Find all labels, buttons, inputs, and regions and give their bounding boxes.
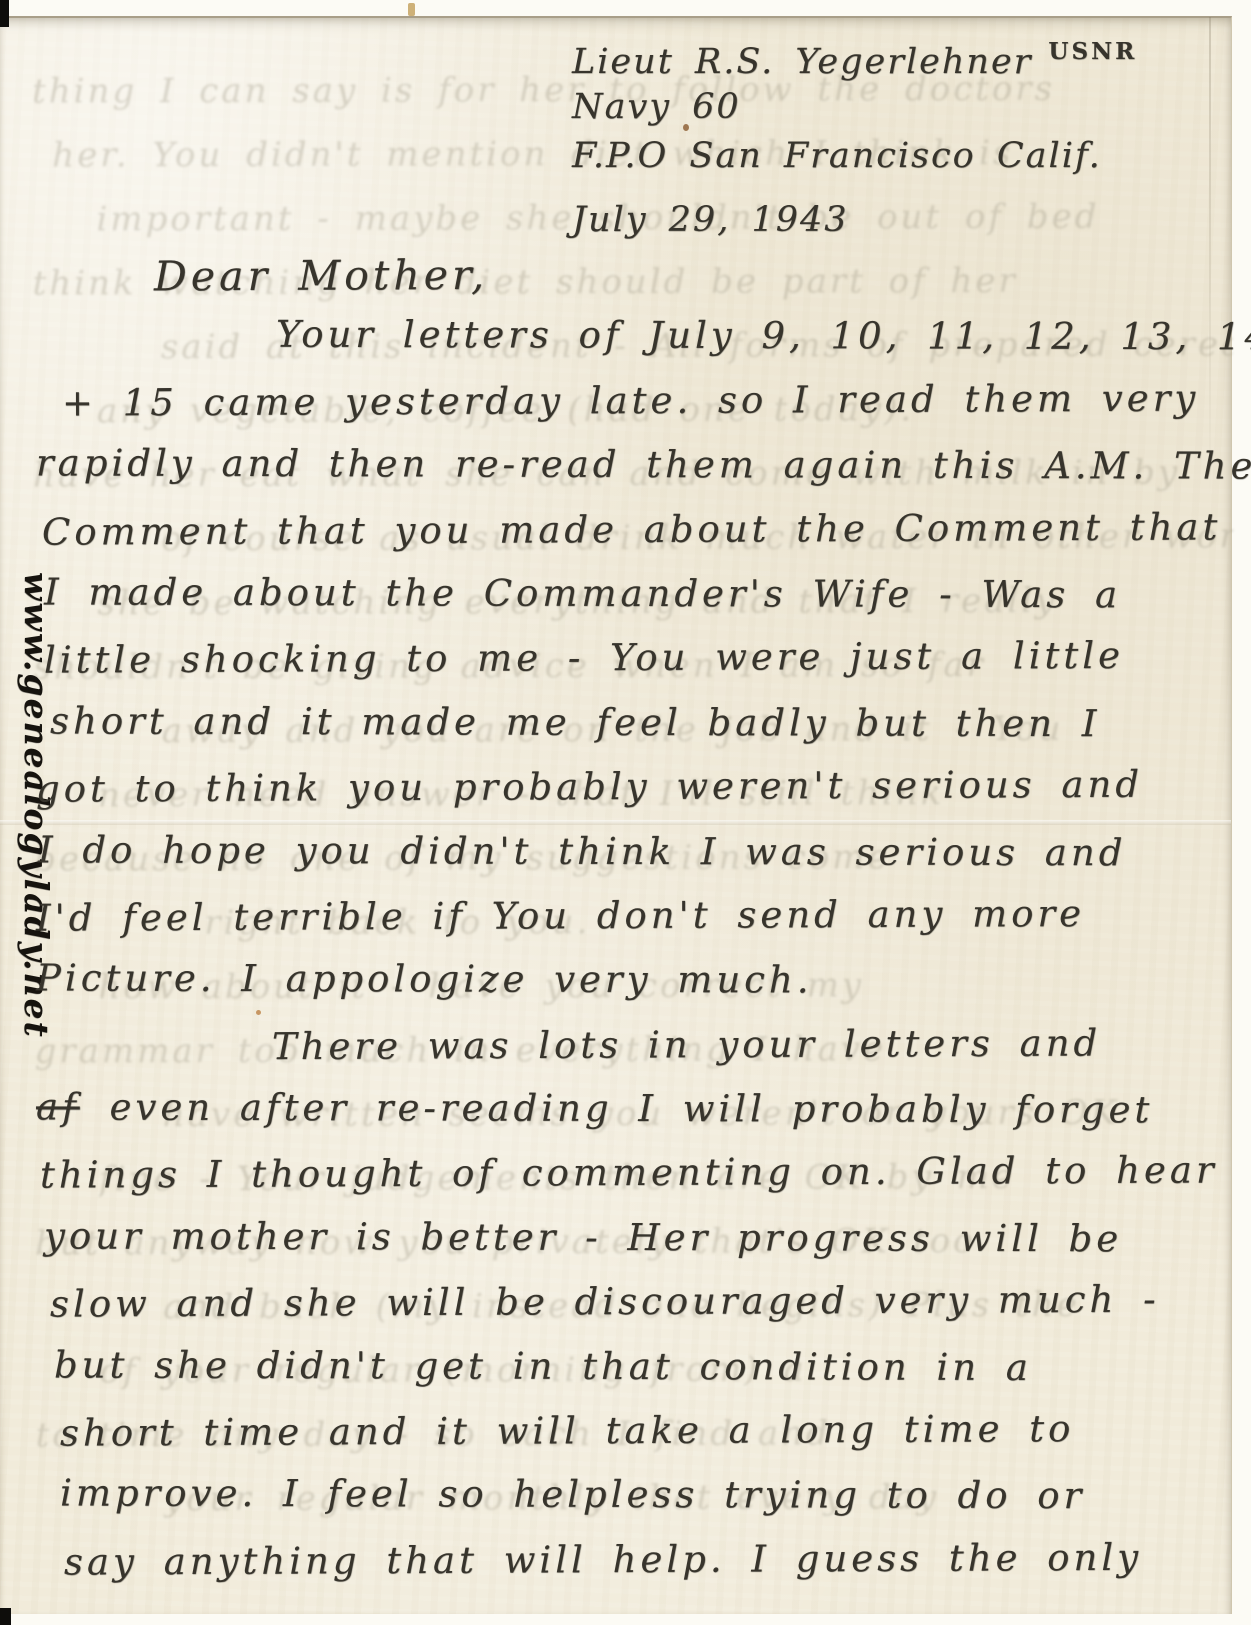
letter-line: got to think you probably weren't seriou… (36, 763, 1236, 833)
writer-rank-suffix: USNR (1048, 38, 1137, 65)
scanned-letter-page: thing I can say is for her to follow the… (0, 0, 1251, 1625)
letter-line: af even after re-reading I will probably… (36, 1086, 1236, 1154)
letter-line: slow and she will be discouraged very mu… (50, 1278, 1236, 1348)
letter-line: Your letters of July 9, 10, 11, 12, 13, … (276, 313, 1236, 380)
letter-header: Lieut R.S. YegerlehnerUSNR Navy 60 F.P.O… (572, 38, 1137, 249)
letter-line: but she didn't get in that condition in … (54, 1343, 1236, 1410)
letter-line: Comment that you made about the Comment … (42, 505, 1236, 575)
letter-line: improve. I feel so helpless trying to do… (60, 1472, 1236, 1539)
letter-line: + 15 came yesterday late. so I read them… (62, 376, 1236, 446)
letter-line: short and it made me feel badly but then… (50, 699, 1236, 766)
letter-line: your mother is better - Her progress wil… (44, 1214, 1236, 1282)
letter-line: little shocking to me - You were just a … (44, 634, 1236, 704)
letter-line: say anything that will help. I guess the… (64, 1535, 1236, 1605)
letter-line: I'd feel terrible if You don't send any … (36, 891, 1236, 961)
scanner-artifact-top-left (0, 0, 9, 27)
letter-line: rapidly and then re-read them again this… (36, 442, 1236, 510)
salutation: Dear Mother, (154, 248, 1236, 317)
letter-line: I made about the Commander's Wife - Was … (44, 570, 1236, 638)
writer-line: Lieut R.S. YegerlehnerUSNR (572, 38, 1137, 87)
scanner-artifact-bottom-left (0, 1608, 11, 1625)
letter-line: things I thought of commenting on. Glad … (40, 1149, 1236, 1219)
letter-body: Dear Mother, Your letters of July 9, 10,… (36, 250, 1236, 1602)
letter-line: Picture. I appologize very much. (36, 957, 1236, 1025)
letter-line: short time and it will take a long time … (60, 1406, 1236, 1476)
writer-name: Lieut R.S. Yegerlehner (572, 42, 1032, 82)
address-line-1: Navy 60 (572, 87, 1137, 136)
paper-stain (408, 3, 415, 16)
letter-date: July 29, 1943 (572, 200, 1137, 249)
struck-out-word: af (36, 1086, 80, 1129)
letter-line: There was lots in your letters and (272, 1021, 1236, 1090)
address-line-2: F.P.O San Francisco Calif. (572, 136, 1137, 185)
letter-line: I do hope you didn't think I was serious… (38, 828, 1236, 896)
